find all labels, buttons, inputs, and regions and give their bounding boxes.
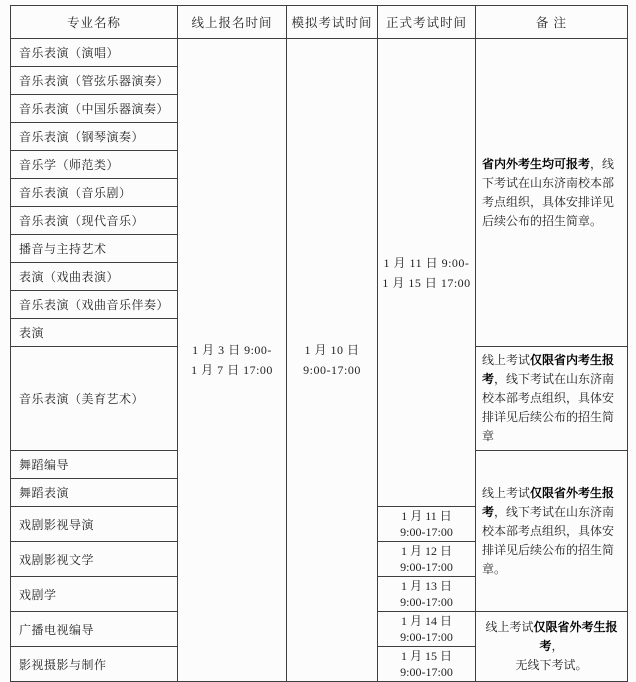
- formal-exam-merged-cell: 1 月 11 日 9:00- 1 月 15 日 17:00: [378, 39, 476, 507]
- remark-cell-all-provinces: 省内外考生均可报考，线下考试在山东济南校本部考点组织，具体安排详见后续公布的招生…: [476, 39, 628, 347]
- remark-bold: 省内外考生均可报考: [482, 157, 590, 171]
- formal-time: 9:00-17:00: [378, 559, 475, 575]
- formal-exam-date-cell: 1 月 11 日 9:00-17:00: [378, 507, 476, 542]
- major-cell: 音乐表演（演唱）: [11, 39, 178, 67]
- major-cell: 戏剧影视文学: [11, 542, 178, 577]
- mock-exam-cell: 1 月 10 日 9:00-17:00: [287, 39, 378, 653]
- col-header-formal-exam: 正式考试时间: [378, 6, 476, 39]
- online-registration-cell: 1 月 3 日 9:00- 1 月 7 日 17:00: [178, 39, 287, 653]
- mock-exam-line2: 9:00-17:00: [287, 360, 377, 380]
- formal-time: 9:00-17:00: [378, 524, 475, 540]
- col-header-mock-exam: 模拟考试时间: [287, 6, 378, 39]
- formal-exam-date-cell: 1 月 12 日 9:00-17:00: [378, 542, 476, 577]
- major-cell: 音乐表演（戏曲音乐伴奏）: [11, 291, 178, 319]
- major-cell: 音乐表演（美育艺术）: [11, 347, 178, 451]
- exam-schedule-table: 专业名称 线上报名时间 模拟考试时间 正式考试时间 备 注 音乐表演（演唱） 1…: [10, 5, 628, 652]
- formal-exam-date-cell: 1 月 13 日 9:00-17:00: [378, 577, 476, 612]
- remark-rest: ，线下考试在山东济南校本部考点组织，具体安排详见后续公布的招生简章。: [482, 505, 614, 576]
- major-cell: 舞蹈编导: [11, 451, 178, 479]
- online-registration-line2: 1 月 7 日 17:00: [178, 360, 286, 380]
- major-cell: 广播电视编导: [11, 612, 178, 647]
- remark-rest: ，线下考试在山东济南校本部考点组织，具体安排详见后续公布的招生简章: [482, 372, 614, 443]
- mock-exam-line1: 1 月 10 日: [287, 340, 377, 360]
- major-cell: 戏剧学: [11, 577, 178, 612]
- major-cell: 戏剧影视导演: [11, 507, 178, 542]
- formal-exam-date-cell: 1 月 14 日 9:00-17:00: [378, 612, 476, 647]
- remark-prefix: 线上考试: [482, 486, 530, 500]
- exam-schedule-table-wrap: 专业名称 线上报名时间 模拟考试时间 正式考试时间 备 注 音乐表演（演唱） 1…: [10, 5, 628, 652]
- col-header-major: 专业名称: [11, 6, 178, 39]
- formal-date: 1 月 11 日: [378, 508, 475, 524]
- remark-prefix: 线上考试: [485, 620, 533, 634]
- major-cell: 音乐表演（音乐剧）: [11, 179, 178, 207]
- remark-prefix: 线上考试: [482, 353, 530, 367]
- major-cell: 播音与主持艺术: [11, 235, 178, 263]
- major-cell: 影视摄影与制作: [11, 647, 178, 653]
- major-cell: 舞蹈表演: [11, 479, 178, 507]
- major-cell: 音乐表演（现代音乐）: [11, 207, 178, 235]
- formal-date: 1 月 15 日: [378, 648, 475, 652]
- remark-cell-out-province-online: 线上考试仅限省外考生报考， 无线下考试。: [476, 612, 628, 653]
- major-cell: 音乐学（师范类）: [11, 151, 178, 179]
- formal-exam-date-cell: 1 月 15 日 9:00-17:00: [378, 647, 476, 653]
- remark-line1: 线上考试仅限省外考生报考，: [482, 618, 621, 652]
- formal-time: 9:00-17:00: [378, 629, 475, 645]
- major-cell: 音乐表演（钢琴演奏）: [11, 123, 178, 151]
- formal-exam-line1: 1 月 11 日 9:00-: [378, 253, 475, 273]
- formal-time: 9:00-17:00: [378, 594, 475, 610]
- formal-exam-line2: 1 月 15 日 17:00: [378, 273, 475, 293]
- table-row: 音乐表演（演唱） 1 月 3 日 9:00- 1 月 7 日 17:00 1 月…: [11, 39, 628, 67]
- remark-cell-out-province-offline: 线上考试仅限省外考生报考，线下考试在山东济南校本部考点组织，具体安排详见后续公布…: [476, 451, 628, 612]
- online-registration-line1: 1 月 3 日 9:00-: [178, 340, 286, 360]
- major-cell: 音乐表演（中国乐器演奏）: [11, 95, 178, 123]
- remark-bold: 仅限省外考生报考: [534, 620, 618, 652]
- remark-rest: ，: [552, 639, 564, 652]
- major-cell: 表演（戏曲表演）: [11, 263, 178, 291]
- formal-date: 1 月 12 日: [378, 543, 475, 559]
- formal-date: 1 月 14 日: [378, 613, 475, 629]
- col-header-online-registration: 线上报名时间: [178, 6, 287, 39]
- formal-date: 1 月 13 日: [378, 578, 475, 594]
- remark-cell-in-province-only: 线上考试仅限省内考生报考，线下考试在山东济南校本部考点组织，具体安排详见后续公布…: [476, 347, 628, 451]
- major-cell: 表演: [11, 319, 178, 347]
- header-row: 专业名称 线上报名时间 模拟考试时间 正式考试时间 备 注: [11, 6, 628, 39]
- col-header-remarks: 备 注: [476, 6, 628, 39]
- major-cell: 音乐表演（管弦乐器演奏）: [11, 67, 178, 95]
